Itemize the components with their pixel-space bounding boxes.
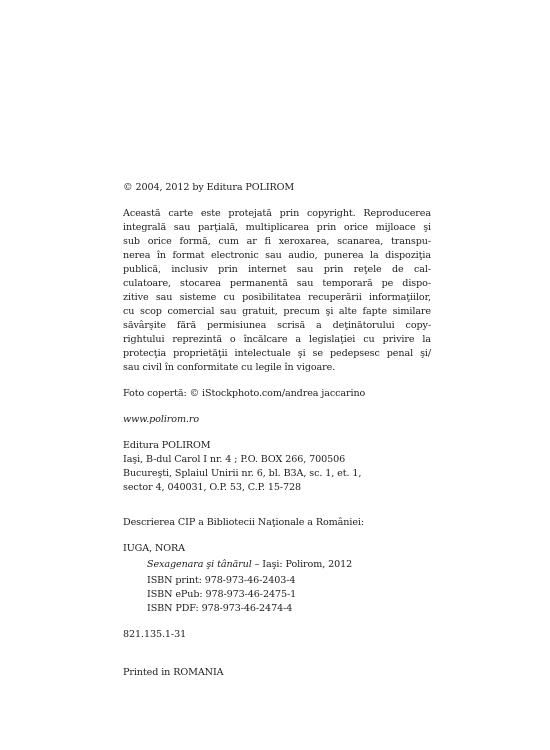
copyright-notice: © 2004, 2012 by Editura POLIROM <box>123 181 431 195</box>
cip-book-details: Sexagenara şi tânărul – Iaşi: Polirom, 2… <box>123 558 431 616</box>
address-line: Bucureşti, Splaiul Unirii nr. 6, bl. B3A… <box>123 467 431 481</box>
isbn-pdf: ISBN PDF: 978-973-46-2474-4 <box>147 602 431 616</box>
cip-title-line: Sexagenara şi tânărul – Iaşi: Polirom, 2… <box>147 558 431 572</box>
legal-notice-line: publică, inclusiv prin internet sau prin… <box>123 263 431 277</box>
legal-notice: Această carte este protejată prin copyri… <box>123 207 431 375</box>
legal-notice-line: integrală sau parţială, multiplicarea pr… <box>123 221 431 235</box>
isbn-print: ISBN print: 978-973-46-2403-4 <box>147 574 431 588</box>
legal-notice-line: sau civil în conformitate cu legile în v… <box>123 361 431 375</box>
isbn-epub: ISBN ePub: 978-973-46-2475-1 <box>147 588 431 602</box>
publisher-website-link[interactable]: www.polirom.ro <box>123 413 431 427</box>
legal-notice-line: cu scop comercial sau gratuit, precum şi… <box>123 305 431 319</box>
legal-notice-line: zitive sau sisteme cu posibilitatea recu… <box>123 291 431 305</box>
address-line: Iaşi, B-dul Carol I nr. 4 ; P.O. BOX 266… <box>123 453 431 467</box>
classification-code: 821.135.1-31 <box>123 628 431 642</box>
legal-notice-line: Această carte este protejată prin copyri… <box>123 207 431 221</box>
photo-credit: Foto copertă: © iStockphoto.com/andrea j… <box>123 387 431 401</box>
address-line: sector 4, 040031, O.P. 53, C.P. 15-728 <box>123 481 431 495</box>
legal-notice-line: sub orice formă, cum ar fi xeroxarea, sc… <box>123 235 431 249</box>
cip-heading: Descrierea CIP a Bibliotecii Naţionale a… <box>123 516 431 530</box>
legal-notice-line: culatoare, stocarea permanentă sau tempo… <box>123 277 431 291</box>
legal-notice-line: protecţia proprietăţii intelectuale şi s… <box>123 347 431 361</box>
legal-notice-line: săvârşite fără permisiunea scrisă a deţi… <box>123 319 431 333</box>
legal-notice-line: rightului reprezintă o încălcare a legis… <box>123 333 431 347</box>
cip-author: IUGA, NORA <box>123 542 431 556</box>
book-imprint: – Iaşi: Polirom, 2012 <box>252 559 352 570</box>
copyright-page: © 2004, 2012 by Editura POLIROM Această … <box>123 181 431 680</box>
legal-notice-line: nerea în format electronic sau audio, pu… <box>123 249 431 263</box>
book-title: Sexagenara şi tânărul <box>147 559 252 570</box>
printed-in: Printed in ROMANIA <box>123 666 431 680</box>
publisher-name: Editura POLIROM <box>123 439 431 453</box>
publisher-address: Editura POLIROM Iaşi, B-dul Carol I nr. … <box>123 439 431 495</box>
